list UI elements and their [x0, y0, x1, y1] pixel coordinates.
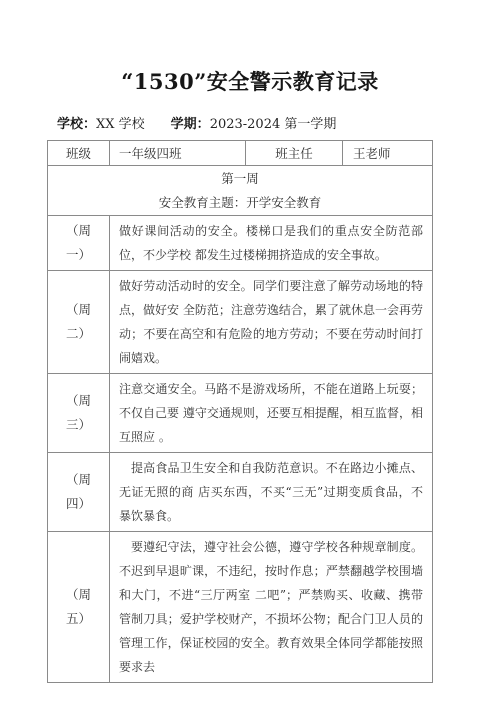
day-label-line1: （周: [66, 583, 91, 607]
table-row-monday: （周 一） 做好课间活动的安全。楼梯口是我们的重点安全防范部位，不少学校 都发生…: [48, 215, 432, 270]
page-title: “1530”安全警示教育记录: [0, 66, 500, 96]
day-label-line2: 四）: [66, 492, 91, 516]
table-row-wednesday: （周 三） 注意交通安全。马路不是游戏场所，不能在道路上玩耍；不仅自己要 遵守交…: [48, 373, 432, 452]
day-content-cell: 做好劳动活动时的安全。同学们要注意了解劳动场地的特点，做好安 全防范；注意劳逸结…: [109, 271, 432, 373]
day-label-line1: （周: [66, 389, 91, 413]
day-label-line1: （周: [66, 468, 91, 492]
semester-value: 2023-2024 第一学期: [210, 117, 337, 132]
school-value: XX 学校: [96, 117, 145, 132]
day-content-cell: 提高食品卫生安全和自我防范意识。不在路边小摊点、无证无照的商 店买东西，不买“三…: [109, 453, 432, 531]
day-label-line2: 五）: [66, 607, 91, 631]
day-label-line1: （周: [66, 219, 91, 243]
class-value-cell: 一年级四班: [109, 141, 245, 165]
table-row-thursday: （周 四） 提高食品卫生安全和自我防范意识。不在路边小摊点、无证无照的商 店买东…: [48, 452, 432, 531]
day-content-tuesday: 做好劳动活动时的安全。同学们要注意了解劳动场地的特点，做好安 全防范；注意劳逸结…: [119, 274, 423, 370]
week-title-row: 第一周 安全教育主题：开学安全教育: [48, 165, 432, 215]
teacher-value-cell: 王老师: [342, 141, 432, 165]
day-label-thursday: （周 四）: [48, 453, 109, 531]
day-label-line1: （周: [66, 298, 91, 322]
semester-label: 学期：: [171, 117, 210, 132]
day-label-tuesday: （周 二）: [48, 271, 109, 373]
table-header-row: 班级 一年级四班 班主任 王老师: [48, 141, 432, 165]
school-label: 学校：: [57, 117, 96, 132]
day-content-cell: 注意交通安全。马路不是游戏场所，不能在道路上玩耍；不仅自己要 遵守交通规则，还要…: [109, 374, 432, 452]
day-content-thursday: 提高食品卫生安全和自我防范意识。不在路边小摊点、无证无照的商 店买东西，不买“三…: [119, 456, 423, 528]
day-label-monday: （周 一）: [48, 216, 109, 270]
day-label-line2: 二）: [66, 322, 91, 346]
day-content-wednesday: 注意交通安全。马路不是游戏场所，不能在道路上玩耍；不仅自己要 遵守交通规则，还要…: [119, 377, 423, 449]
teacher-label-cell: 班主任: [245, 141, 342, 165]
day-label-wednesday: （周 三）: [48, 374, 109, 452]
table-row-tuesday: （周 二） 做好劳动活动时的安全。同学们要注意了解劳动场地的特点，做好安 全防范…: [48, 270, 432, 373]
day-content-cell: 要遵纪守法，遵守社会公德，遵守学校各种规章制度。不迟到早退旷课，不违纪，按时作息…: [109, 532, 432, 682]
table-row-friday: （周 五） 要遵纪守法，遵守社会公德，遵守学校各种规章制度。不迟到早退旷课，不违…: [48, 531, 432, 682]
week-title: 第一周: [221, 167, 259, 191]
meta-line: 学校：XX 学校学期：2023-2024 第一学期: [57, 113, 500, 132]
class-label-cell: 班级: [48, 141, 109, 165]
record-table: 班级 一年级四班 班主任 王老师 第一周 安全教育主题：开学安全教育 （周 一）…: [47, 140, 433, 683]
day-content-cell: 做好课间活动的安全。楼梯口是我们的重点安全防范部位，不少学校 都发生过楼梯拥挤造…: [109, 216, 432, 270]
day-label-line2: 一）: [66, 243, 91, 267]
day-content-friday: 要遵纪守法，遵守社会公德，遵守学校各种规章制度。不迟到早退旷课，不违纪，按时作息…: [119, 535, 423, 679]
document-page: “1530”安全警示教育记录 学校：XX 学校学期：2023-2024 第一学期…: [0, 0, 500, 707]
day-content-monday: 做好课间活动的安全。楼梯口是我们的重点安全防范部位，不少学校 都发生过楼梯拥挤造…: [119, 219, 423, 267]
day-label-friday: （周 五）: [48, 532, 109, 682]
education-theme: 安全教育主题：开学安全教育: [159, 191, 322, 215]
day-label-line2: 三）: [66, 413, 91, 437]
